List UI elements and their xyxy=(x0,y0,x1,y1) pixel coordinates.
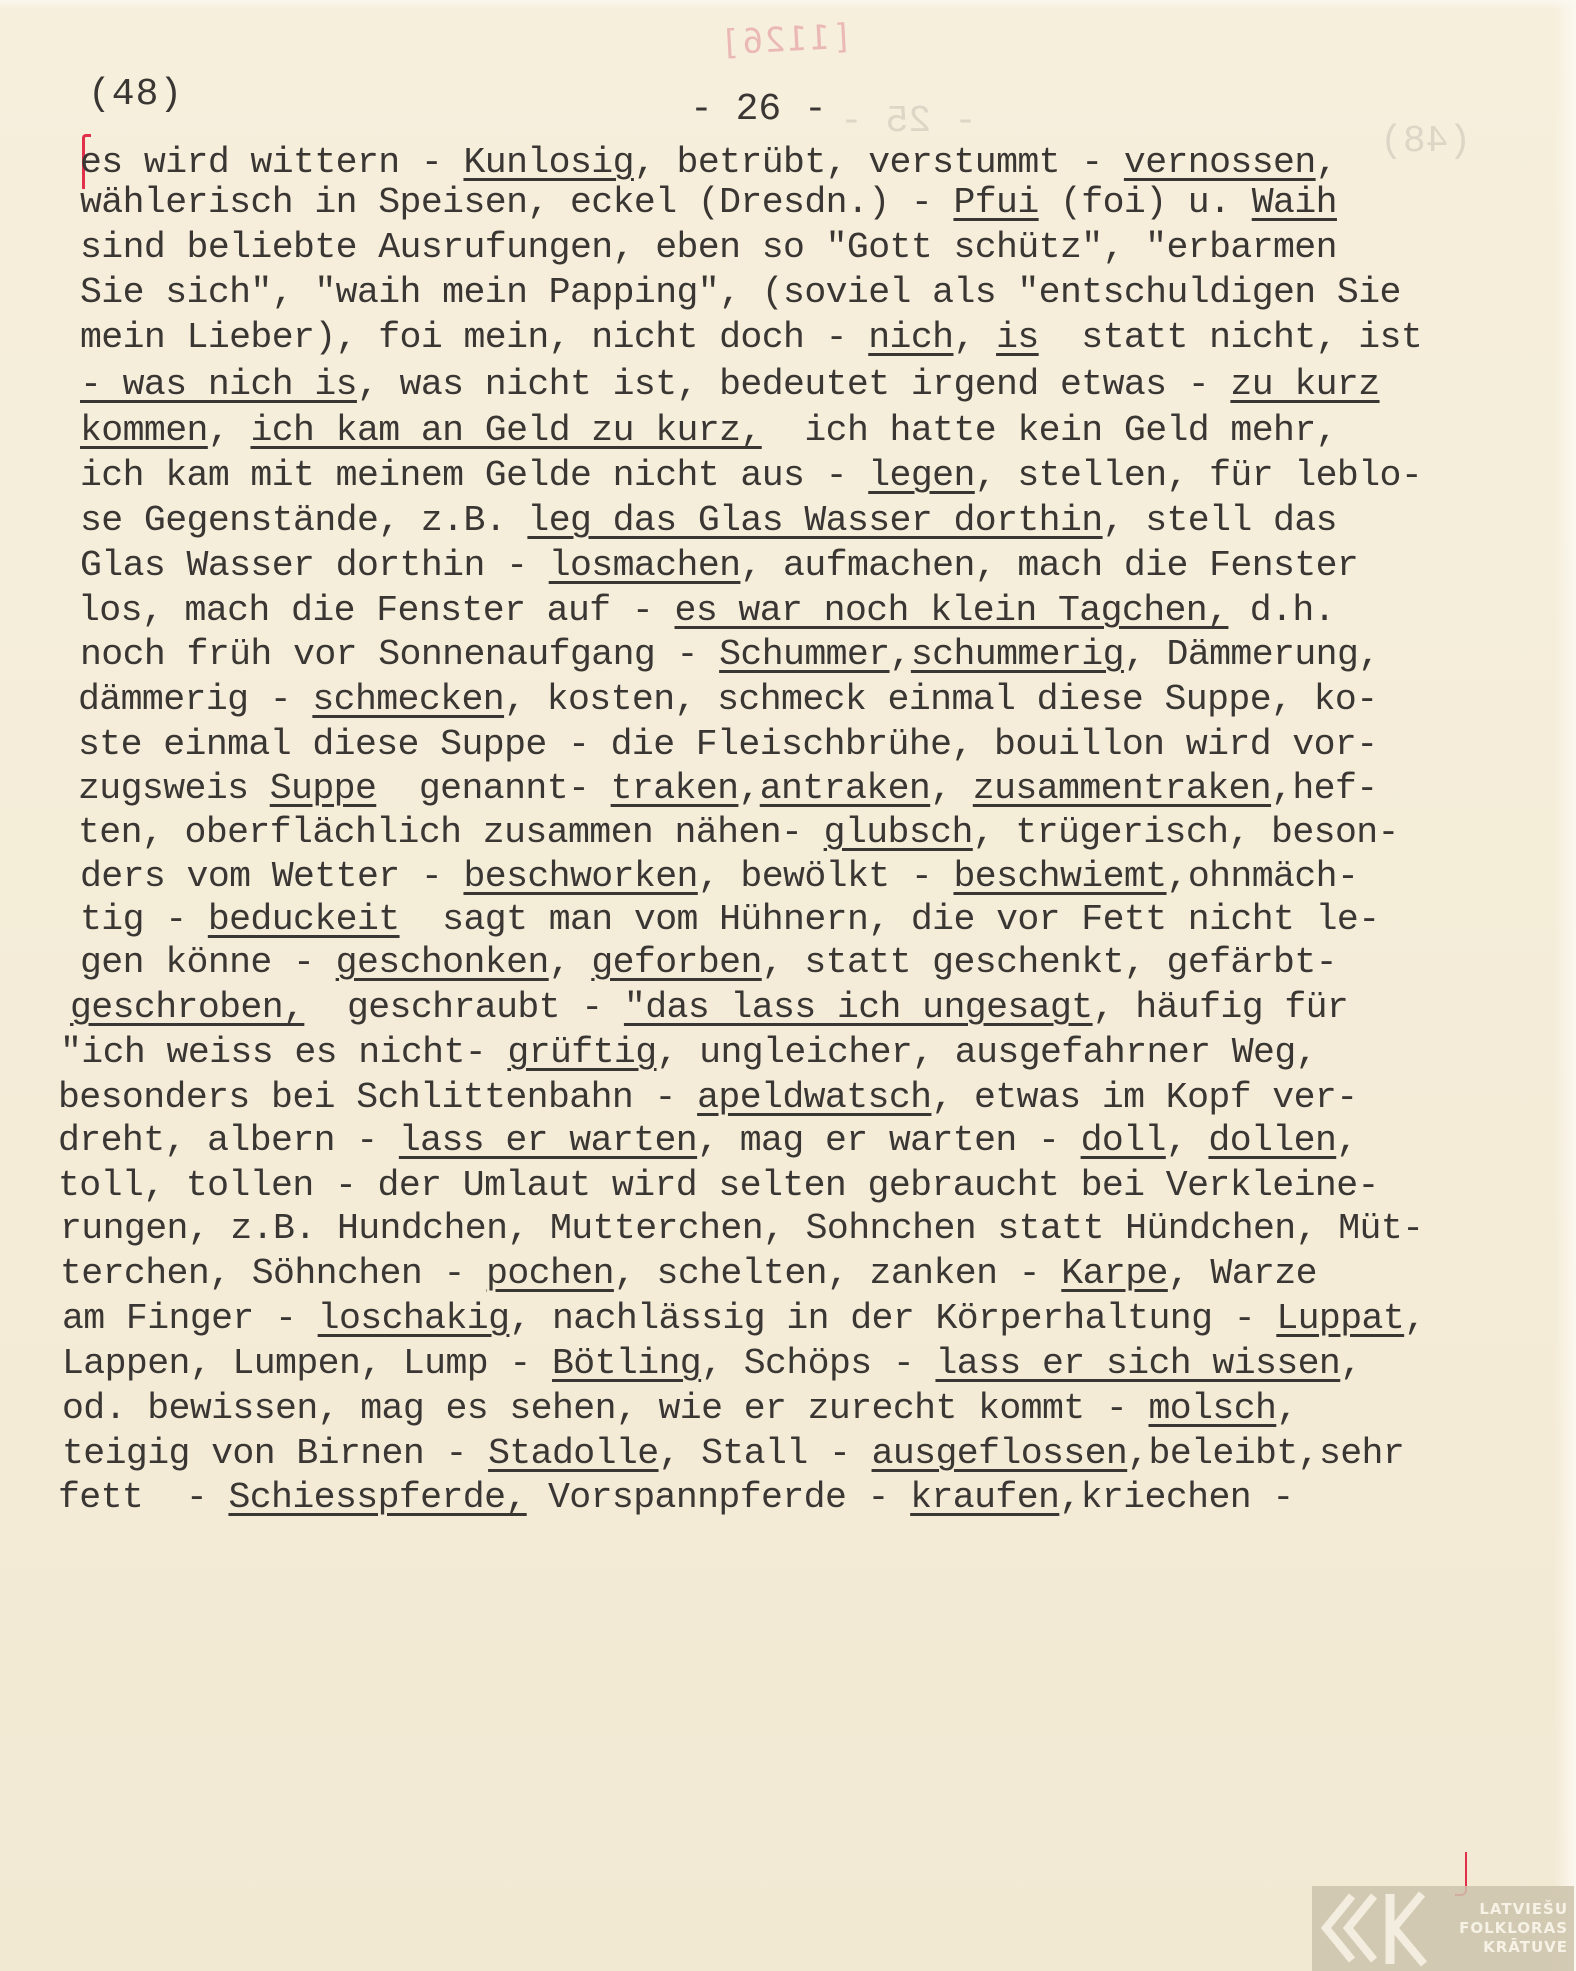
text-run: , xyxy=(1276,1388,1297,1429)
underlined-term: geforben xyxy=(591,942,761,983)
text-run: ders vom Wetter - xyxy=(80,856,463,897)
bleed-through-reference: (48) xyxy=(1380,120,1471,163)
underlined-term: Luppat xyxy=(1276,1298,1404,1339)
text-run: , Schöps - xyxy=(701,1343,935,1384)
underlined-term: Schummer xyxy=(719,634,889,675)
text-run: ich kam mit meinem Gelde nicht aus - xyxy=(80,455,868,496)
text-line: noch früh vor Sonnenaufgang - Schummer,s… xyxy=(80,637,1380,674)
text-run: , xyxy=(953,317,996,358)
text-run: , Dämmerung, xyxy=(1124,634,1380,675)
text-line: rungen, z.B. Hundchen, Mutterchen, Sohnc… xyxy=(60,1211,1423,1248)
text-run: , aufmachen, mach die Fenster xyxy=(740,545,1358,586)
text-run: , Stall - xyxy=(659,1433,872,1474)
text-run: terchen, Söhnchen - xyxy=(60,1253,486,1294)
text-run: , xyxy=(1166,1120,1209,1161)
text-line: besonders bei Schlittenbahn - apeldwatsc… xyxy=(58,1080,1358,1117)
text-run: , stell das xyxy=(1103,500,1337,541)
text-run: , xyxy=(1404,1298,1425,1339)
text-run: , häufig für xyxy=(1093,987,1349,1028)
text-line: zugsweis Suppe genannt- traken,antraken,… xyxy=(78,771,1378,808)
text-run: d.h. xyxy=(1228,590,1335,631)
text-run: , xyxy=(1340,1343,1361,1384)
text-line: ich kam mit meinem Gelde nicht aus - leg… xyxy=(80,458,1422,495)
text-run: am Finger - xyxy=(62,1298,318,1339)
text-run: , xyxy=(549,942,592,983)
underlined-term: losmachen xyxy=(549,545,741,586)
underlined-term: Suppe xyxy=(270,768,377,809)
text-run: , nachlässig in der Körperhaltung - xyxy=(509,1298,1276,1339)
text-line: - was nich is, was nicht ist, bedeutet i… xyxy=(80,367,1380,404)
bleed-through-page-number: - 25 - xyxy=(840,100,977,143)
text-line: dämmerig - schmecken, kosten, schmeck ei… xyxy=(78,682,1378,719)
text-run: , was nicht ist, bedeutet irgend etwas - xyxy=(357,364,1230,405)
text-line: Lappen, Lumpen, Lump - Bötling, Schöps -… xyxy=(62,1346,1362,1383)
text-line: Sie sich", "waih mein Papping", (soviel … xyxy=(80,275,1401,312)
underlined-term: legen xyxy=(868,455,975,496)
underlined-term: vernossen xyxy=(1124,142,1316,183)
text-run: ,hef- xyxy=(1271,768,1378,809)
underlined-term: Waih xyxy=(1252,182,1337,223)
underlined-term: Kunlosig xyxy=(463,142,633,183)
text-run: , etwas im Kopf ver- xyxy=(931,1077,1357,1118)
text-line: Glas Wasser dorthin - losmachen, aufmach… xyxy=(80,548,1358,585)
underlined-term: zu kurz xyxy=(1230,364,1379,405)
text-run: , trügerisch, beson- xyxy=(973,812,1399,853)
underlined-term: geschonken xyxy=(336,942,549,983)
text-run: ich hatte kein Geld mehr, xyxy=(762,410,1337,451)
text-run: , xyxy=(738,768,759,809)
underlined-term: Pfui xyxy=(953,182,1038,223)
text-run: , ungleicher, ausgefahrner Weg, xyxy=(657,1032,1317,1073)
text-run: , xyxy=(930,768,973,809)
text-run: ,ohnmäch- xyxy=(1167,856,1359,897)
text-line: "ich weiss es nicht- grüftig, ungleicher… xyxy=(60,1035,1317,1072)
text-run: , bewölkt - xyxy=(698,856,954,897)
text-run: ten, oberflächlich zusammen nähen- xyxy=(78,812,824,853)
underlined-term: - was nich is xyxy=(80,364,357,405)
text-run: ,beleibt,sehr xyxy=(1127,1433,1404,1474)
text-line: ten, oberflächlich zusammen nähen- glubs… xyxy=(78,815,1399,852)
underlined-term: is xyxy=(996,317,1039,358)
text-run: zugsweis xyxy=(78,768,270,809)
text-run: mein Lieber), foi mein, nicht doch - xyxy=(80,317,868,358)
text-run: sagt man vom Hühnern, die vor Fett nicht… xyxy=(400,899,1380,940)
underlined-term: Schiesspferde, xyxy=(228,1477,526,1518)
text-run: noch früh vor Sonnenaufgang - xyxy=(80,634,719,675)
underlined-term: loschakig xyxy=(318,1298,510,1339)
underlined-term: schmecken xyxy=(312,679,504,720)
text-run: od. bewissen, mag es sehen, wie er zurec… xyxy=(62,1388,1148,1429)
text-run: statt nicht, ist xyxy=(1039,317,1422,358)
text-run: , kosten, schmeck einmal diese Suppe, ko… xyxy=(504,679,1377,720)
text-line: wählerisch in Speisen, eckel (Dresdn.) -… xyxy=(80,185,1337,222)
text-run: teigig von Birnen - xyxy=(62,1433,488,1474)
underlined-term: apeldwatsch xyxy=(697,1077,931,1118)
text-run: tig - xyxy=(80,899,208,940)
text-run: dreht, albern - xyxy=(58,1120,399,1161)
text-run: genannt- xyxy=(376,768,610,809)
text-run: , schelten, zanken - xyxy=(614,1253,1061,1294)
text-run: geschraubt - xyxy=(304,987,624,1028)
page-number: - 26 - xyxy=(690,88,827,131)
text-run: ,kriechen - xyxy=(1059,1477,1293,1518)
underlined-term: schummerig xyxy=(911,634,1124,675)
logo-line: KRĀTUVE xyxy=(1432,1938,1568,1957)
underlined-term: lass er warten xyxy=(399,1120,697,1161)
underlined-term: Bötling xyxy=(552,1343,701,1384)
text-line: kommen, ich kam an Geld zu kurz, ich hat… xyxy=(80,413,1337,450)
text-run: Glas Wasser dorthin - xyxy=(80,545,549,586)
text-run: , xyxy=(1316,142,1337,183)
underlined-term: beschworken xyxy=(463,856,697,897)
text-run: los, mach die Fenster auf - xyxy=(78,590,675,631)
text-run: (foi) u. xyxy=(1039,182,1252,223)
text-run: "ich weiss es nicht- xyxy=(60,1032,507,1073)
underlined-term: beschwiemt xyxy=(953,856,1166,897)
text-line: es wird wittern - Kunlosig, betrübt, ver… xyxy=(80,145,1337,182)
logo-text: LATVIEŠU FOLKLORAS KRĀTUVE xyxy=(1432,1900,1574,1957)
underlined-term: grüftig xyxy=(507,1032,656,1073)
archive-watermark-logo: LATVIEŠU FOLKLORAS KRĀTUVE xyxy=(1312,1886,1574,1971)
text-line: ste einmal diese Suppe - die Fleischbrüh… xyxy=(78,727,1378,764)
text-line: terchen, Söhnchen - pochen, schelten, za… xyxy=(60,1256,1317,1293)
underlined-term: dollen xyxy=(1208,1120,1336,1161)
reference-number: (48) xyxy=(88,73,183,116)
underlined-term: "das lass ich ungesagt xyxy=(624,987,1093,1028)
page-edge xyxy=(0,0,1576,10)
text-line: gen könne - geschonken, geforben, statt … xyxy=(80,945,1337,982)
underlined-term: geschroben, xyxy=(70,987,304,1028)
text-run: , xyxy=(208,410,251,451)
text-run: rungen, z.B. Hundchen, Mutterchen, Sohnc… xyxy=(60,1208,1423,1249)
underlined-term: beduckeit xyxy=(208,899,400,940)
text-line: teigig von Birnen - Stadolle, Stall - au… xyxy=(62,1436,1404,1473)
text-run: dämmerig - xyxy=(78,679,312,720)
text-line: fett - Schiesspferde, Vorspannpferde - k… xyxy=(58,1480,1294,1517)
document-page: - 25 - (48) [1126] (48) - 26 - es wird w… xyxy=(0,0,1576,1971)
text-run: , Warze xyxy=(1168,1253,1317,1294)
underlined-term: glubsch xyxy=(824,812,973,853)
text-line: dreht, albern - lass er warten, mag er w… xyxy=(58,1123,1358,1160)
text-run: toll, tollen - der Umlaut wird selten ge… xyxy=(58,1165,1379,1206)
underlined-term: leg das Glas Wasser dorthin xyxy=(527,500,1102,541)
page-edge xyxy=(1554,0,1576,1971)
underlined-term: zusammentraken xyxy=(973,768,1271,809)
text-line: geschroben, geschraubt - "das lass ich u… xyxy=(70,990,1348,1027)
underlined-term: molsch xyxy=(1148,1388,1276,1429)
underlined-term: ich kam an Geld zu kurz, xyxy=(250,410,761,451)
lfk-logo-icon xyxy=(1312,1886,1432,1971)
text-run: wählerisch in Speisen, eckel (Dresdn.) - xyxy=(80,182,953,223)
text-run: besonders bei Schlittenbahn - xyxy=(58,1077,697,1118)
text-line: se Gegenstände, z.B. leg das Glas Wasser… xyxy=(80,503,1337,540)
text-run: , stellen, für leblo- xyxy=(975,455,1422,496)
text-run: , statt geschenkt, gefärbt- xyxy=(762,942,1337,983)
underlined-term: Karpe xyxy=(1061,1253,1168,1294)
underlined-term: nich xyxy=(868,317,953,358)
text-run: fett - xyxy=(58,1477,228,1518)
archive-stamp: [1126] xyxy=(717,16,854,63)
text-run: se Gegenstände, z.B. xyxy=(80,500,527,541)
text-line: sind beliebte Ausrufungen, eben so "Gott… xyxy=(80,230,1337,267)
text-line: ders vom Wetter - beschworken, bewölkt -… xyxy=(80,859,1358,896)
text-run: , betrübt, verstummt - xyxy=(634,142,1124,183)
underlined-term: traken xyxy=(611,768,739,809)
text-run: Sie sich", "waih mein Papping", (soviel … xyxy=(80,272,1401,313)
text-line: los, mach die Fenster auf - es war noch … xyxy=(78,593,1335,630)
text-line: tig - beduckeit sagt man vom Hühnern, di… xyxy=(80,902,1380,939)
underlined-term: antraken xyxy=(760,768,930,809)
text-line: toll, tollen - der Umlaut wird selten ge… xyxy=(58,1168,1379,1205)
text-run: , xyxy=(890,634,911,675)
logo-line: FOLKLORAS xyxy=(1432,1919,1568,1938)
underlined-term: doll xyxy=(1081,1120,1166,1161)
text-run: Vorspannpferde - xyxy=(527,1477,910,1518)
text-run: ste einmal diese Suppe - die Fleischbrüh… xyxy=(78,724,1378,765)
text-line: od. bewissen, mag es sehen, wie er zurec… xyxy=(62,1391,1298,1428)
text-run: , xyxy=(1336,1120,1357,1161)
underlined-term: es war noch klein Tagchen, xyxy=(675,590,1229,631)
underlined-term: ausgeflossen xyxy=(872,1433,1128,1474)
underlined-term: lass er sich wissen xyxy=(935,1343,1340,1384)
text-line: am Finger - loschakig, nachlässig in der… xyxy=(62,1301,1425,1338)
underlined-term: kraufen xyxy=(910,1477,1059,1518)
underlined-term: Stadolle xyxy=(488,1433,658,1474)
text-run: Lappen, Lumpen, Lump - xyxy=(62,1343,552,1384)
text-run: gen könne - xyxy=(80,942,336,983)
text-run: es wird wittern - xyxy=(80,142,463,183)
text-run: , mag er warten - xyxy=(697,1120,1080,1161)
logo-line: LATVIEŠU xyxy=(1432,1900,1568,1919)
underlined-term: kommen xyxy=(80,410,208,451)
text-run: sind beliebte Ausrufungen, eben so "Gott… xyxy=(80,227,1337,268)
underlined-term: pochen xyxy=(486,1253,614,1294)
text-line: mein Lieber), foi mein, nicht doch - nic… xyxy=(80,320,1422,357)
